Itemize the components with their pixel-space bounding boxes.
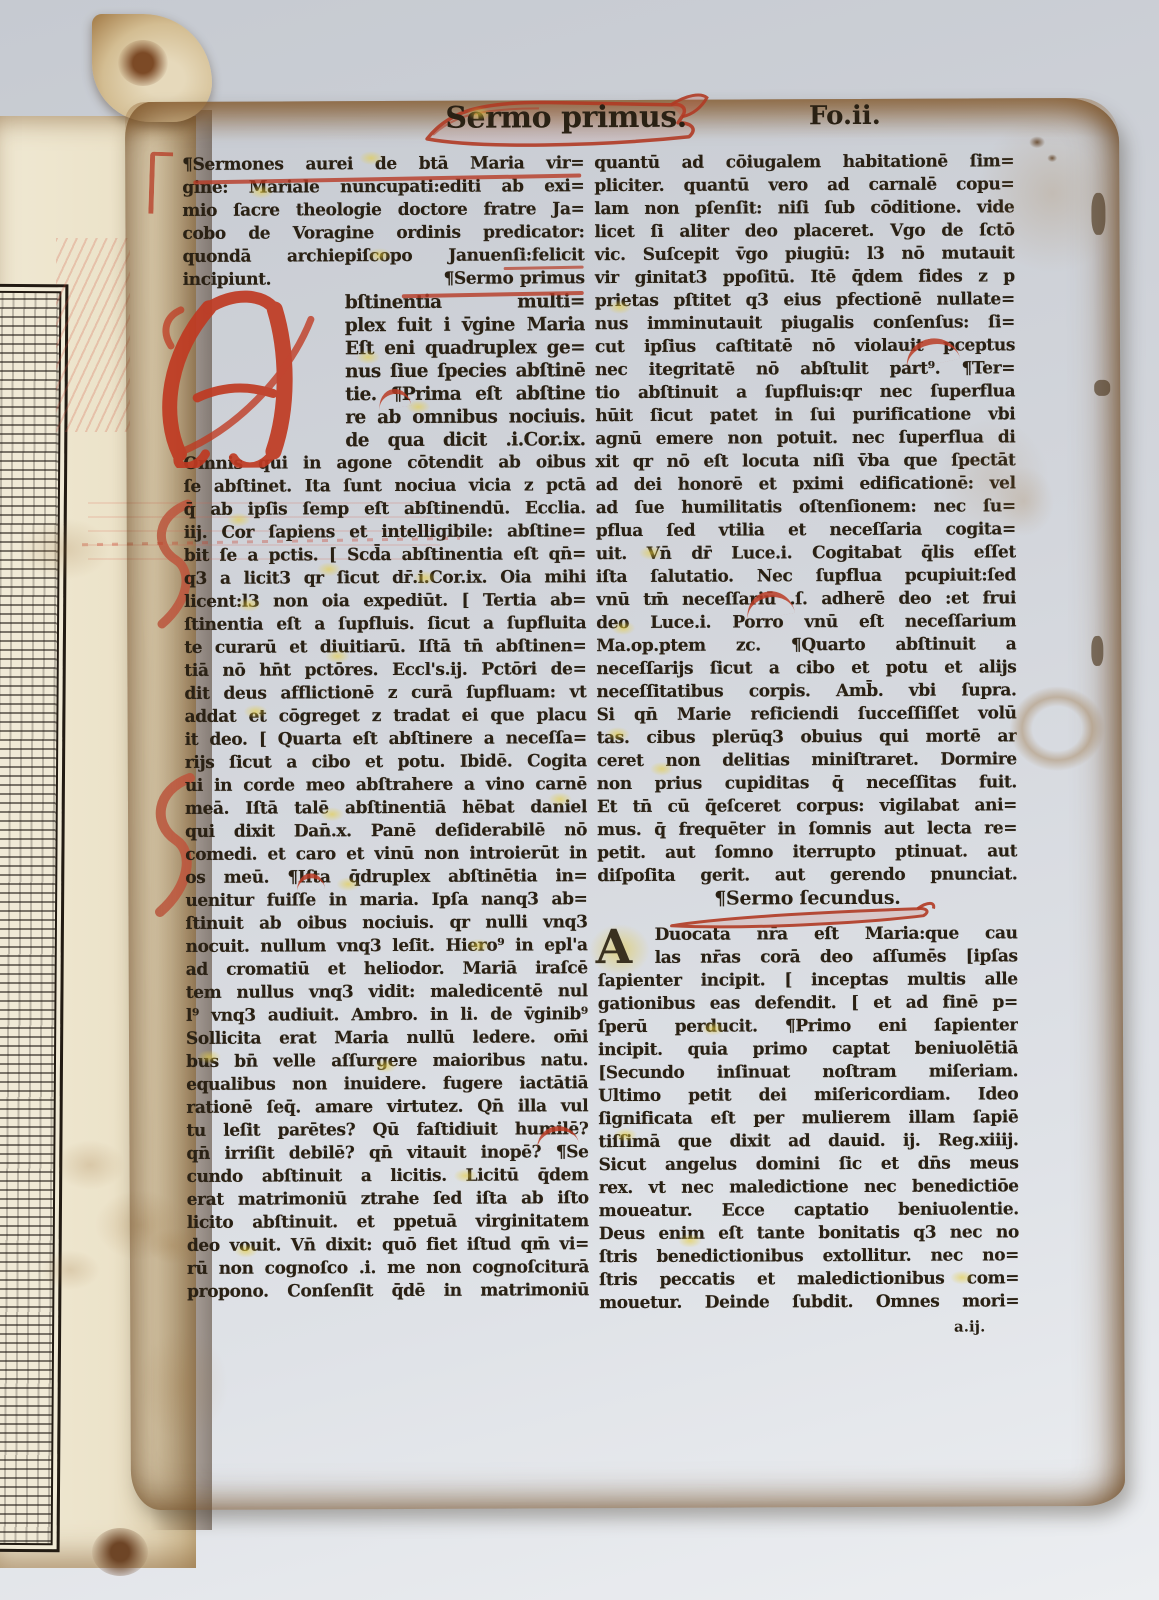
text-line: l⁹ vnq3 audiuit. Ambro. in li. de v̄gini… [186, 1003, 588, 1028]
text-line: dit deus afflictionē z curā ſupfluam: vt [184, 681, 586, 706]
yellow-wash-spot [613, 1128, 637, 1142]
text-line: lam non pſenſit: niſi ſub cōditione. vid… [594, 196, 1014, 221]
text-line: mouetur. Deinde ſubdit. Omnes mori= [599, 1290, 1019, 1315]
text-line: ſtinuit ab oibus nociuis. qr nulli vnq3 [185, 911, 587, 936]
text-line: cobo de Voragine ordinis predicator: [182, 221, 584, 246]
text-line: Et tn̄ cū q̄eſceret corpus: vigilabat an… [597, 794, 1017, 819]
text-line: ¶Sermones aurei de btā Maria vir= [182, 152, 584, 177]
text-line: plex fuit i v̄gine Maria [345, 313, 585, 337]
text-line: uenitur fuiſſe in maria. Ipſa nanq3 ab= [185, 888, 587, 913]
text-line: [Secundo inſinuat noſtram miſeriam. [598, 1060, 1018, 1085]
mid-right-stain [994, 466, 1054, 536]
quire-signature: a.ij. [599, 1317, 1019, 1337]
text-line: ſignificata eſt per mulierem illam ſapiē [598, 1106, 1018, 1131]
text-line: Sicut angelus domini ſic et dn̄s meus [599, 1152, 1019, 1177]
text-line: ad cromatiū et heliodor. Mariā iraſcē [186, 957, 588, 982]
text-line: ſe abſtinet. Ita ſunt nociua vicia z pct… [184, 474, 586, 499]
yellow-wash-spot [467, 939, 491, 953]
yellow-wash-spot [237, 598, 261, 612]
text-line: iſta ſalutatio. Nec ſupflua pcupiuit:ſed [596, 564, 1016, 589]
yellow-wash-spot [325, 649, 349, 663]
text-line: nus imminutauit piugalis conſenſus: ſi= [595, 311, 1015, 336]
left-body: Omnis qui in agone cōtendit ab oibusſe a… [183, 451, 589, 1304]
text-line: tu leſit parētes? Qū faſtidiuit humilē? [186, 1118, 588, 1143]
section-lines: Duocata nr̄a eſt Maria:que caulas nr̄as … [598, 922, 1020, 1315]
text-line: neceſſarijs ſicut a cibo et potu et alij… [596, 656, 1016, 681]
text-line: nocuit. nullum vnq3 leſit. Hiero⁹ in epl… [186, 934, 588, 959]
text-line: licito abſtinuit. et ppetuā virginitatem [187, 1210, 589, 1235]
yellow-wash-spot [639, 546, 663, 560]
text-line: pliciter. quantū vero ad carnalē copu= [594, 173, 1014, 198]
text-line: rū non cognoſco .i. me non cognoſciturā [187, 1256, 589, 1281]
yellow-wash-spot [336, 877, 360, 891]
top-right-stain [977, 113, 1128, 274]
text-line: erat matrimoniū ztrahe ſed iſta ab iſto [187, 1187, 589, 1212]
text-line: tiā nō hn̄t pctōres. Eccl's.ij. Pctōri d… [184, 658, 586, 683]
text-line: Deus enim eſt tante bonitatis q3 nec no [599, 1221, 1019, 1246]
text-line: q3 a licit3 qr ſicut dr̄.i.Cor.ix. Oia m… [184, 566, 586, 591]
section-heading-label: ¶Sermo ſecundus. [714, 887, 900, 910]
text-line: tas. cibus plerūq3 obuius qui mortē ar [597, 725, 1017, 750]
text-line: nus ſiue ſpecies abſtinē [345, 359, 585, 383]
text-line: rijs ſicut a cibo et potu. Ibidē. Cogita [185, 750, 587, 775]
yellow-wash-spot [373, 1059, 397, 1073]
running-head: Sermo primus. [421, 92, 721, 153]
yellow-wash-spot [406, 400, 430, 414]
yellow-wash-spot [317, 562, 341, 576]
opening-lines: bſtinentia multi=plex fuit i v̄gine Mari… [345, 290, 586, 452]
yellow-wash-spot [606, 727, 630, 741]
text-line: de qua dicit .i.Cor.ix. [345, 428, 585, 452]
red-margin-bracket [148, 152, 173, 215]
folio-number: Fo.ii. [809, 101, 881, 131]
text-line: deo Luce.i. Porro vnū eſt neceſſarium [596, 610, 1016, 635]
decorated-initial-A [151, 285, 330, 468]
text-line: tem nullus vnq3 vidit: maledicentē nul [186, 980, 588, 1005]
text-line: bit ſe a pctis. [ Scd̄a abſtinentia eſt … [184, 543, 586, 568]
text-line: vnū tm̄ neceſſariū .ſ. adherē deo :et fr… [596, 587, 1016, 612]
text-line: prietas pſtitet q3 eius pfectionē nullat… [595, 288, 1015, 313]
text-line: diſpoſita gerit. aut gerendo pnunciat. [597, 863, 1017, 888]
foxing-stain [55, 1140, 125, 1190]
intro-sermo-primus: ¶Sermo primus [444, 267, 585, 291]
edge-mark [1094, 380, 1110, 396]
text-line: neceſſitatibus corpis. Amb̄. vbi ſupra. [596, 679, 1016, 704]
yellow-wash-spot [611, 621, 635, 635]
photo-background: Sermo primus. Fo.ii. ¶Sermones aurei de … [0, 0, 1159, 1600]
yellow-wash-spot [467, 107, 491, 121]
text-line: nec itegritatē nō abſtulit part⁹. ¶Ter= [595, 357, 1015, 382]
text-line: rex. vt nec maledictione nec benedictiōe [599, 1175, 1019, 1200]
yellow-wash-spot [548, 792, 572, 806]
yellow-wash-spot [368, 248, 392, 262]
text-line: petit. aut ſomno iterrupto ptinuat. aut [597, 840, 1017, 865]
second-sermon-paragraph: A Duocata nr̄a eſt Maria:que caulas nr̄a… [598, 922, 1020, 1315]
text-line: Eſt eni quadruplex ge= [345, 336, 585, 360]
text-line: os meū. ¶Iſta q̄druplex abſtinētia in= [185, 865, 587, 890]
yellow-wash-spot [650, 762, 674, 776]
text-line: hūit ſicut patet in ſui purificatione vb… [595, 403, 1015, 428]
yellow-wash-spot [608, 300, 632, 314]
text-line: las nr̄as corā deo aſſumēs [ipſas [655, 945, 1018, 970]
water-stain [1009, 686, 1104, 771]
foxing-stain [18, 518, 110, 580]
text-line: vir ginitat3 ppoſitū. Itē q̄dem fides z … [595, 265, 1015, 290]
text-line: tio abſtinuit a ſupfluis:qr nec ſuperflu… [595, 380, 1015, 405]
text-line: rationē ſeq̄. amare virtutez. Qn̄ illa v… [186, 1095, 588, 1120]
text-line: gationibus eas defendit. [ et ad finē p= [598, 991, 1018, 1016]
yellow-wash-spot [678, 1234, 702, 1248]
text-line: Sollicita erat Maria nullū ledere. om̄i [186, 1026, 588, 1051]
text-line: equalibus non inuidere. fugere iactātiā [186, 1072, 588, 1097]
book-page: Sermo primus. Fo.ii. ¶Sermones aurei de … [125, 98, 1125, 1510]
text-line: Ma.op.ptem zc. ¶Quarto abſtinuit a [596, 633, 1016, 658]
text-line: pflua ſed vtilia et neceſſaria cogita= [596, 518, 1016, 543]
yellow-wash-spot [249, 185, 273, 199]
text-line: comedi. et caro et vinū non introierūt i… [185, 842, 587, 867]
text-line: mus. q̄ frequēter in ſomnis aut lecta re… [597, 817, 1017, 842]
yellow-wash-spot [320, 807, 344, 821]
opening-paragraph: bſtinentia multi=plex fuit i v̄gine Mari… [183, 290, 586, 453]
text-line: ſapienter incipit. [ inceptas multis all… [598, 968, 1018, 993]
text-line: moueatur. Ecce captatio beniuolentie. [599, 1198, 1019, 1223]
text-line: ſtris benedictionibus extollitur. nec no… [599, 1244, 1019, 1269]
text-line: licet ſi aliter deo placeret. Vgo de ſct… [594, 219, 1014, 244]
text-line: Ultimo petit dei miſericordiam. Ideo [598, 1083, 1018, 1108]
corner-stain [118, 40, 168, 86]
left-column: ¶Sermones aurei de btā Maria vir=gine: M… [182, 152, 589, 1304]
yellow-wash-spot [244, 705, 268, 719]
yellow-wash-spot [234, 1244, 258, 1258]
text-line: te curarū et diuitiarū. Iſtā tn̄ abſtine… [184, 635, 586, 660]
text-line: ſperū perducit. ¶Primo eni ſapienter [598, 1014, 1018, 1039]
yellow-wash-spot [227, 513, 251, 527]
text-line: quantū ad cōiugalem habitationē ſim= [594, 150, 1014, 175]
yellow-wash-spot [356, 350, 380, 364]
red-crayon-scribble [56, 238, 130, 432]
text-line: incipit. quia primo captat beniuolētiā [598, 1037, 1018, 1062]
yellow-wash-spot [701, 1022, 725, 1036]
yellow-wash-spot [359, 151, 383, 165]
text-line: propono. Conſenſit q̄dē in matrimoniū [187, 1279, 589, 1304]
text-line: ui in corde meo abſtrahere a vino carnē [185, 773, 587, 798]
text-line: cundo abſtinuit a licitis. Licitū q̄dem [187, 1164, 589, 1189]
woodcut-border-fragment [0, 284, 68, 1553]
edge-mark [1091, 636, 1103, 666]
yellow-wash-spot [413, 571, 437, 585]
text-line: Si qn̄ Marie reficiendi ſucceſſiſſet vol… [597, 702, 1017, 727]
edge-mark [1091, 193, 1105, 235]
text-line: qui dixit Dan̄.x. Panē deſiderabilē nō [185, 819, 587, 844]
right-column: quantū ad cōiugalem habitationē ſim=plic… [594, 150, 1019, 1337]
text-line: ſtinentia eſt a ſupfluis. ſicut a ſupflu… [184, 612, 586, 637]
burn-spot [92, 1528, 148, 1576]
initial-A-second: A [596, 924, 633, 971]
dark-speck [1047, 154, 1057, 162]
text-line: tiſſimā que dixit ad dauid. ij. Reg.xiii… [598, 1129, 1018, 1154]
yellow-wash-spot [950, 1270, 974, 1284]
text-line: mio ſacre theologie doctore fratre Ja= [182, 198, 584, 223]
text-line: it deo. [ Quarta eſt abſtinere a neceſſa… [185, 727, 587, 752]
yellow-wash-spot [197, 1050, 221, 1064]
yellow-wash-spot [454, 1169, 478, 1183]
dark-speck [1029, 136, 1045, 148]
foxing-stain [40, 1250, 100, 1290]
section-heading: ¶Sermo ſecundus. [597, 886, 1017, 924]
text-line: meā. Iſtā talē abſtinentiā hēbat daniel [185, 796, 587, 821]
text-line: vic. Suſcepit v̄go piugiū: l3 nō mutauit [595, 242, 1015, 267]
text-line: qn̄ irriſit debilē? qn̄ vitauit inopē? ¶… [186, 1141, 588, 1166]
